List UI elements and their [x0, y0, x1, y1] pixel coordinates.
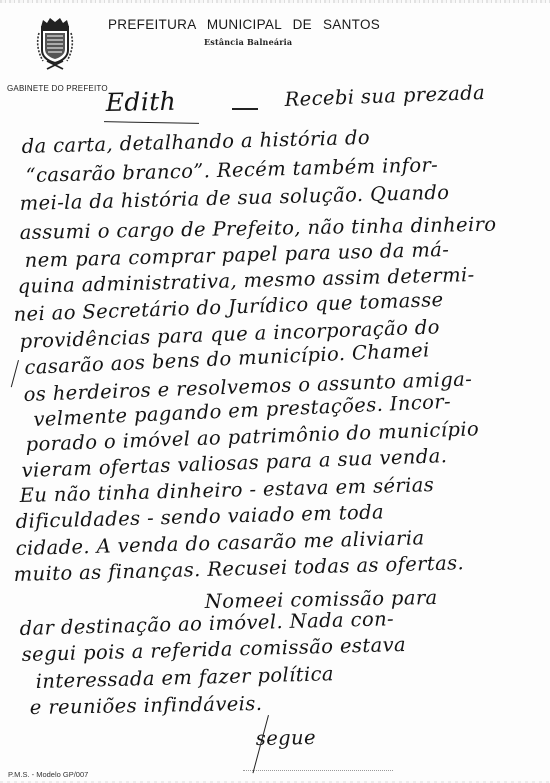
letterhead-title: PREFEITURA MUNICIPAL DE SANTOS	[108, 17, 380, 32]
handwritten-line: mei-la da história de sua solução. Quand…	[19, 181, 449, 215]
coat-of-arms-icon	[33, 17, 77, 71]
pen-stroke	[11, 360, 19, 387]
letterhead-subtitle: Estância Balneária	[204, 37, 292, 47]
handwritten-line: interessada em fazer política	[35, 662, 334, 693]
greeting-dash	[232, 108, 258, 110]
greeting-underline	[104, 121, 199, 124]
signature-line	[243, 770, 393, 771]
letter-page: PREFEITURA MUNICIPAL DE SANTOS Estância …	[0, 0, 550, 783]
handwritten-line: Recebi sua prezada	[284, 81, 485, 111]
office-label: GABINETE DO PREFEITO	[7, 84, 108, 93]
handwritten-line: da carta, detalhando a história do	[21, 126, 370, 158]
scan-edge-top	[0, 0, 550, 3]
form-code: P.M.S. - Modelo GP/007	[8, 770, 88, 779]
greeting: Edith	[105, 87, 176, 117]
handwritten-line: e reuniões infindáveis.	[30, 692, 263, 719]
